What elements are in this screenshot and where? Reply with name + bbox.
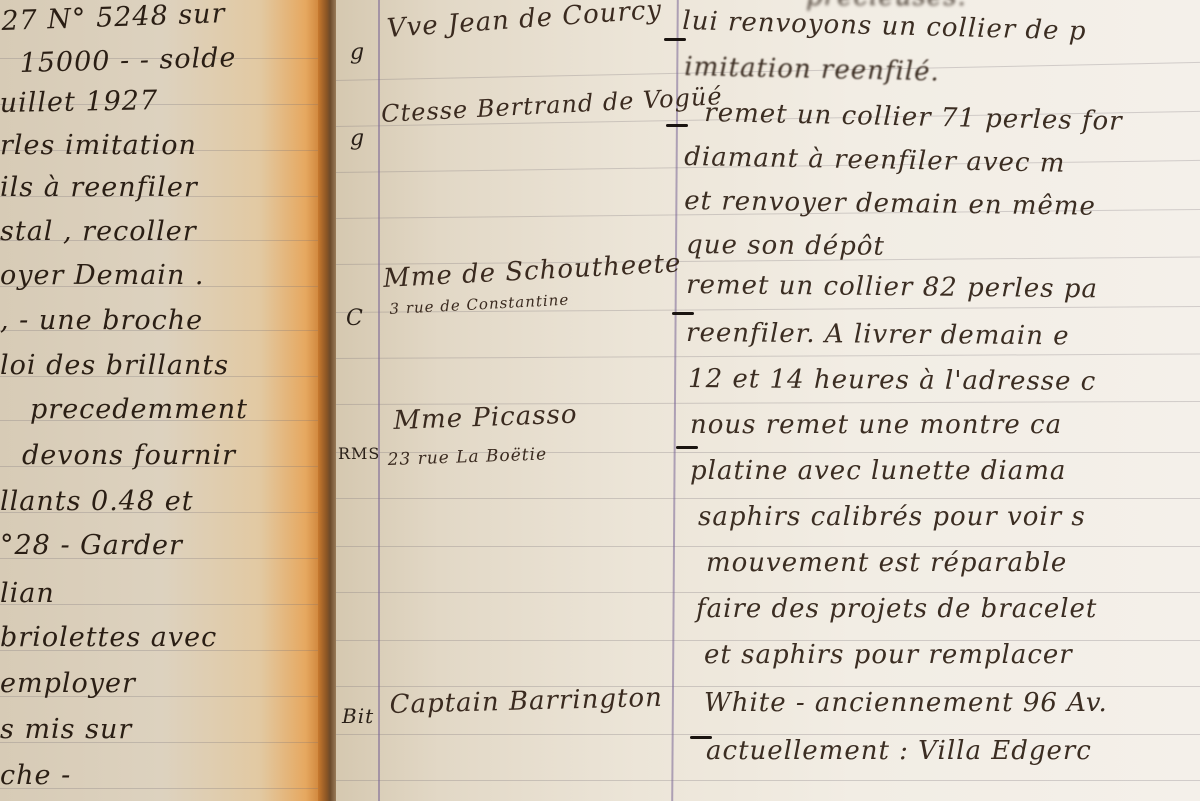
entry-name: Mme Picasso — [393, 400, 578, 436]
left-page: 27 N° 5248 sur 15000 - - solde uillet 19… — [0, 0, 325, 801]
entry-code: RMS — [338, 444, 380, 463]
left-line: °28 - Garder — [0, 530, 183, 561]
entry-text: platine avec lunette diama — [690, 456, 1066, 486]
entry-name: Mme de Schoutheete — [382, 248, 682, 294]
left-line: , - une broche — [0, 305, 203, 336]
entry-text: reenfiler. A livrer demain e — [686, 318, 1070, 351]
entry-code: g — [350, 40, 365, 65]
left-line: rles imitation — [0, 130, 197, 161]
left-line: 27 N° 5248 sur — [1, 0, 226, 37]
entry-text: actuellement : Villa Edgerc — [706, 736, 1092, 766]
entry-code: Bit — [342, 704, 374, 728]
entry-text: et saphirs pour remplacer — [704, 640, 1073, 670]
entry-text: et renvoyer demain en même — [684, 186, 1096, 222]
entry-name: Captain Barrington — [389, 683, 663, 720]
entry-code: g — [350, 126, 365, 151]
left-line: uillet 1927 — [0, 85, 158, 119]
entry-name: Vve Jean de Courcy — [386, 0, 663, 44]
entry-text: nous remet une montre ca — [690, 410, 1062, 440]
left-line: precedemment — [30, 394, 248, 425]
left-line: llants 0.48 et — [0, 486, 194, 517]
entry-code: C — [346, 306, 364, 331]
left-line: briolettes avec — [0, 622, 217, 653]
entry-text: remet un collier 71 perles for — [704, 98, 1123, 137]
left-line: lian — [0, 578, 55, 609]
entry-text: que son dépôt — [686, 230, 885, 262]
left-line: loi des brillants — [0, 350, 229, 381]
open-ledger-book: 27 N° 5248 sur 15000 - - solde uillet 19… — [0, 0, 1200, 801]
entry-text: saphirs calibrés pour voir s — [698, 502, 1086, 532]
entry-text: lui renvoyons un collier de p — [682, 6, 1087, 47]
left-line: stal , recoller — [0, 216, 197, 247]
entry-text: diamant à reenfiler avec m — [684, 142, 1066, 179]
left-line: 15000 - - solde — [19, 42, 237, 79]
entry-text: remet un collier 82 perles pa — [686, 270, 1098, 304]
entry-text: imitation reenfilé. — [684, 52, 940, 87]
left-line: ils à reenfiler — [0, 172, 198, 203]
left-line: s mis sur — [0, 714, 132, 745]
entry-text: White - anciennement 96 Av. — [704, 688, 1108, 718]
entry-text: faire des projets de bracelet — [696, 594, 1097, 624]
right-page: précieuses. g Vve Jean de Courcy lui ren… — [336, 0, 1200, 801]
left-line: employer — [0, 668, 136, 699]
left-line: oyer Demain . — [0, 260, 205, 291]
entry-address: 3 rue de Constantine — [389, 291, 570, 318]
entry-text: 12 et 14 heures à l'adresse c — [688, 364, 1096, 397]
left-line: che - — [0, 760, 71, 791]
left-line: devons fournir — [22, 440, 236, 471]
entry-address: 23 rue La Boëtie — [387, 444, 547, 470]
entry-text: mouvement est réparable — [706, 548, 1067, 578]
